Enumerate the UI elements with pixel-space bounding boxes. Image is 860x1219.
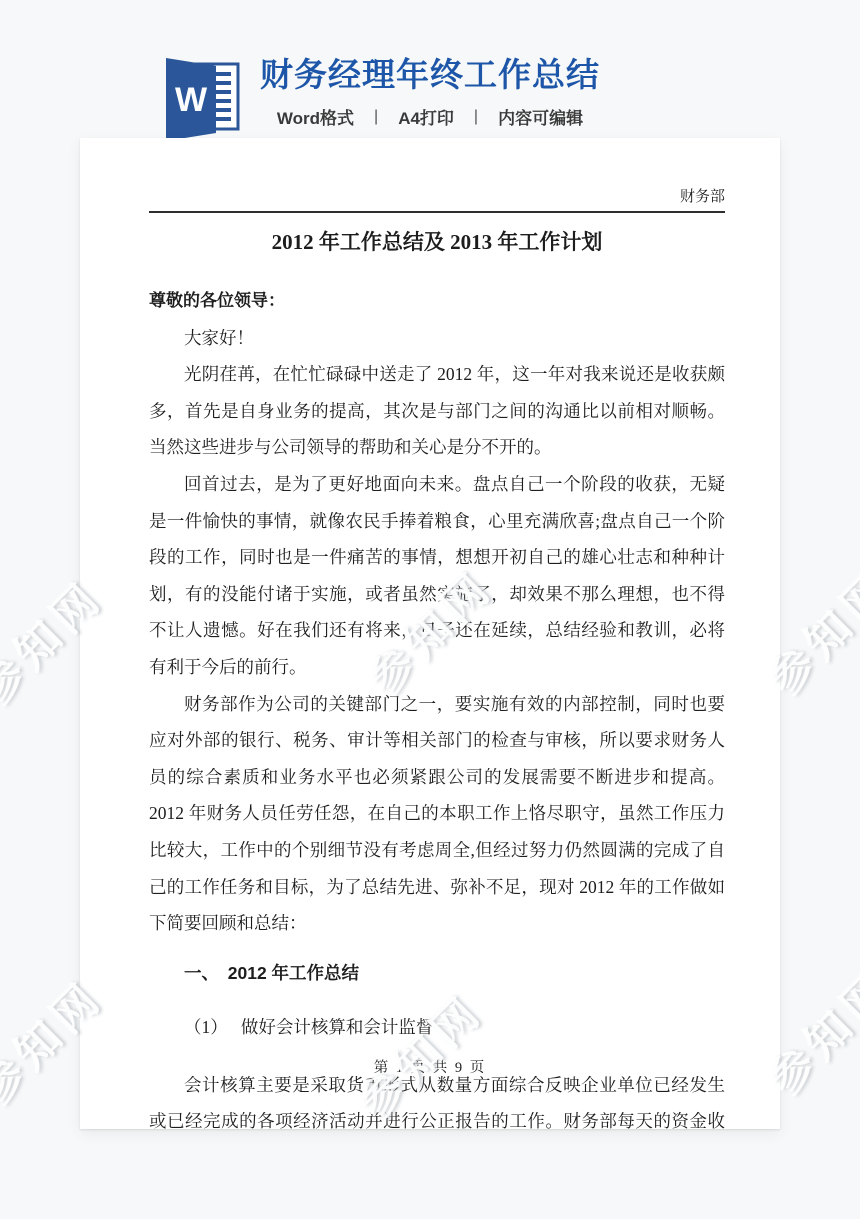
- header-divider-line: [149, 211, 725, 213]
- template-subtitle: Word格式 | A4打印 | 内容可编辑: [0, 104, 860, 129]
- document-title: 2012 年工作总结及 2013 年工作计划: [149, 228, 725, 256]
- document-page-preview: 财务部 2012 年工作总结及 2013 年工作计划 尊敬的各位领导： 大家好！…: [80, 138, 780, 1129]
- template-title: 财务经理年终工作总结: [0, 55, 860, 95]
- pipe-separator: |: [374, 108, 378, 126]
- paragraph: 大家好！: [149, 320, 725, 357]
- paragraph: 光阴荏苒，在忙忙碌碌中送走了 2012 年，这一年对我来说还是收获颇多，首先是自…: [149, 356, 725, 466]
- site-header: W 财务经理年终工作总结 Word格式 | A4打印 | 内容可编辑: [0, 0, 860, 113]
- subtitle-word-format: Word格式: [277, 104, 354, 129]
- section-heading: 一、 2012 年工作总结: [149, 955, 725, 992]
- paragraph: 回首过去，是为了更好地面向未来。盘点自己一个阶段的收获，无疑是一件愉快的事情，就…: [149, 466, 725, 686]
- pipe-separator: |: [474, 108, 478, 126]
- subsection-heading: （1） 做好会计核算和会计监督: [149, 1009, 725, 1046]
- document-department: 财务部: [149, 188, 725, 206]
- page-number-footer: 第 1 页 共 9 页: [80, 1056, 780, 1077]
- salutation: 尊敬的各位领导：: [149, 283, 725, 320]
- paragraph: 财务部作为公司的关键部门之一，要实施有效的内部控制，同时也要应对外部的银行、税务…: [149, 686, 725, 942]
- word-icon-letter: W: [175, 81, 208, 119]
- word-logo-icon: W: [162, 56, 244, 143]
- subtitle-editable: 内容可编辑: [498, 104, 583, 129]
- subtitle-a4-print: A4打印: [398, 104, 454, 129]
- document-body: 尊敬的各位领导： 大家好！ 光阴荏苒，在忙忙碌碌中送走了 2012 年，这一年对…: [149, 283, 725, 1129]
